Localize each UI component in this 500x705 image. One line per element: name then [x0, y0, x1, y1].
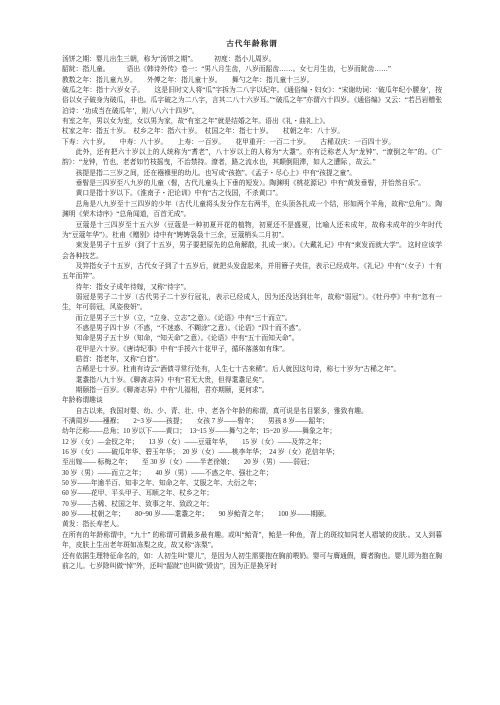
paragraph: 还有依据生理特征命名的，如：人初生叫“婴儿”，是因为人初生需要抱在胸前喂奶。婴可…: [62, 552, 442, 573]
paragraph: 下寿：六十岁。 中寿：八十岁。 上寿：一百岁。 花甲重开：一百二十岁。 古稀双庆…: [62, 138, 442, 148]
document-page: 古代年龄称谓 汤饼之期：婴儿出生三朝，称为“汤饼之期”。 初度：指小儿周岁。龆龀…: [0, 0, 500, 705]
paragraph: 50 岁——年逾半百、知非之年、知命之年、艾服之年、大衍之年；: [62, 479, 442, 489]
paragraph: 60 岁——花甲、平头甲子、耳顺之年、杖乡之年；: [62, 489, 442, 499]
paragraph: 豆蔻是十三四岁至十五六岁（豆蔻是一种初夏开花的植物，初夏还不是盛夏，比喻人还未成…: [62, 221, 442, 242]
paragraph: 破瓜之年：指十六岁女子。 这是旧时文人将“瓜”字拆为二八字以纪年。《通俗编・妇女…: [62, 86, 442, 117]
paragraph: 耄耋指八九十岁。《聊斋志异》中有“君无大贵，但得耄耋足矣”。: [62, 376, 442, 386]
paragraph: 杖家之年：指五十岁。 杖乡之年：指六十岁。 杖国之年：指七十岁。 杖朝之年：八十…: [62, 127, 442, 137]
paragraph: 12 岁（女）—金钗之年； 13 岁（女）——豆蔻年华， 15 岁（女）——及笄…: [62, 438, 442, 448]
paragraph: 花甲是六十岁。《唐诗纪事》中有“手挼六十花甲子，循环落落如有珠”。: [62, 345, 442, 355]
paragraph: 黄口是指十岁以下。《淮南子・汜论训》中有“古之伐国，不杀黄口”。: [62, 189, 442, 199]
paragraph: 不惑是男子四十岁（不惑，“不迷惑、不糊涂”之意）。《论语》“四十而不惑”。: [62, 324, 442, 334]
paragraph: 孩提是指二三岁之间，还在襁褓里的幼儿。也写成“孩抱”。《孟子・尽心上》中有“孩提…: [62, 169, 442, 179]
paragraph: 而立是男子三十岁（立，“立身、立志”之意）。《论语》中有“三十而立”。: [62, 314, 442, 324]
paragraph: 龆龀：指儿童。 语出《韩诗外传》卷一：“男八月生齿，八岁而龆齿……。女七月生齿，…: [62, 65, 442, 75]
section-heading: 年龄称谓趣谈: [62, 396, 442, 406]
paragraph: 垂髫是三四岁至八九岁的儿童（髫，古代儿童头上下垂的短发）。陶渊明《桃花源记》中有…: [62, 179, 442, 189]
paragraph: 束发是男子十五岁（到了十五岁，男子要把原先的总角解散，扎成一束）。《大戴礼记》中…: [62, 241, 442, 262]
paragraph: 不满周岁——襁褓； 2~3 岁——孩提； 女孩 7 岁——髫年； 男孩 8 岁—…: [62, 417, 442, 427]
paragraph: 黄发：指长寿老人。: [62, 520, 442, 530]
paragraph: 自古以来，我国对婴、幼、少、青、壮、中、老各个年龄的称谓，真可说是名目繁多，雅致…: [62, 407, 442, 417]
paragraph: 此外，还有把六十岁以上的人统称为“耆老”，八十岁以上的人称为“大耋”。亦有泛称老…: [62, 148, 442, 169]
paragraph: 及笄指女子十五岁，古代女子到了十五岁后，就把头发盘起来，并用簪子夹住，表示已经成…: [62, 262, 442, 283]
paragraph: 古稀是七十岁。杜甫有诗云“酒债寻常行处有，人生七十古来稀”。后人就因这句诗，称七…: [62, 365, 442, 375]
paragraph: 至出嫁—— 标梅之年； 至 30 岁（女）——半老徐娘； 20 岁（男）——弱冠…: [62, 458, 442, 468]
paragraph: 总角是八九岁至十三四岁的少年（古代儿童将头发分作左右两半，在头顶各扎成一个结，形…: [62, 200, 442, 221]
document-body: 汤饼之期：婴儿出生三朝，称为“汤饼之期”。 初度：指小儿周岁。龆龀：指儿童。 语…: [62, 55, 442, 572]
paragraph: 在所有的年龄称谓中，“九十” 的称谓可谓最多最有趣。或叫“鲐背”，鲐是一种鱼，背…: [62, 531, 442, 552]
paragraph: 30 岁（男）——而立之年； 40 岁（男）——不惑之年、强壮之年；: [62, 469, 442, 479]
paragraph: 皓首：指老年，又称“白首”。: [62, 355, 442, 365]
paragraph: 弱冠是男子二十岁（古代男子二十岁行冠礼，表示已经成人，因为还没达到壮年，故称“弱…: [62, 293, 442, 314]
paragraph: 汤饼之期：婴儿出生三朝，称为“汤饼之期”。 初度：指小儿周岁。: [62, 55, 442, 65]
paragraph: 80 岁——杖朝之年； 80~90 岁——耄耋之年； 90 岁鲐背之年； 100…: [62, 510, 442, 520]
paragraph: 有室之年，男以女为室，女以男为家，故“有室之年”就是结婚之年。语出《礼・曲礼上》…: [62, 117, 442, 127]
paragraph: 待年：指女子成年待嫁，又称“待字”。: [62, 283, 442, 293]
paragraph: 幼年泛称——总角；10 岁以下——黄口； 13~15 岁——舞勺之年；15~20…: [62, 427, 442, 437]
paragraph: 70 岁——古稀、杖国之年、致事之年、致政之年；: [62, 500, 442, 510]
document-title: 古代年龄称谓: [62, 38, 442, 49]
paragraph: 知命是男子五十岁（知命，“知天命”之意）。《论语》中有“五十而知天命”。: [62, 334, 442, 344]
paragraph: 期颐指一百岁。《聊斋志异》中有“儿福相，君亦期颐，更何求”。: [62, 386, 442, 396]
paragraph: 教数之年：指儿童九岁。 外傅之年：指儿童十岁。 舞勺之年：指儿童十三岁。: [62, 76, 442, 86]
paragraph: 16 岁（女）——破瓜年华、碧玉年华； 20 岁（女）——桃李年华； 24 岁（…: [62, 448, 442, 458]
